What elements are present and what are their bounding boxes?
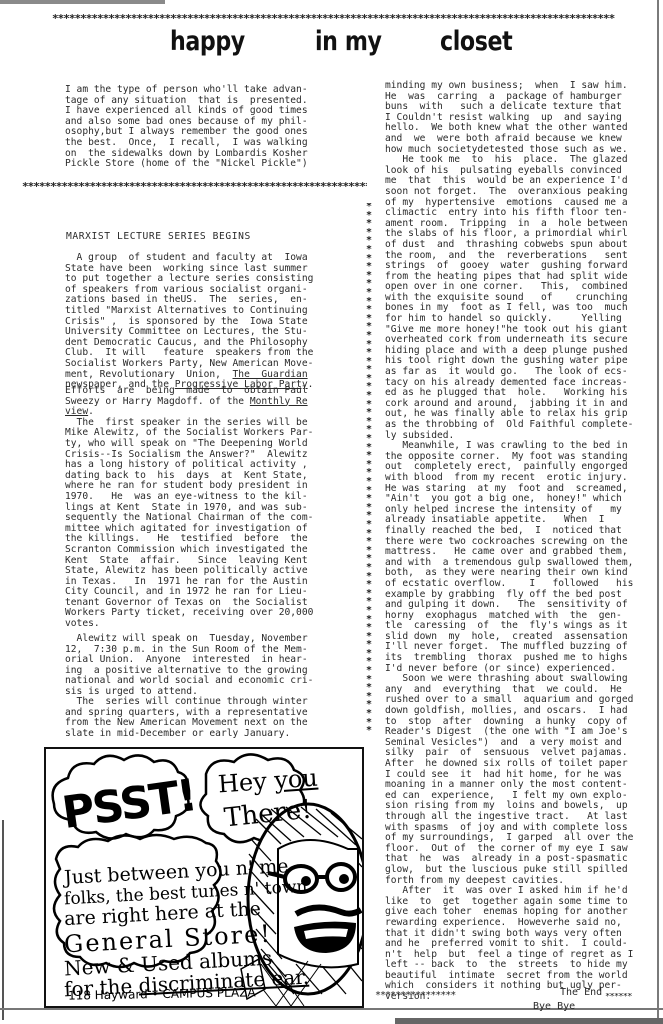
star-column-text: ****************************************…: [365, 203, 373, 736]
the-end-label: The End: [560, 987, 602, 998]
star-divider-top: ****************************************…: [52, 13, 642, 24]
guardian-title: The Guardian: [233, 369, 308, 380]
star-divider-vertical: ****************************************…: [364, 203, 374, 748]
article-paragraph-3: Alewitz will speak on Tuesday, November …: [65, 634, 313, 698]
story-continuation: minding my own business; when I saw him.…: [385, 81, 633, 1003]
article-paragraph-2-body: . The first speaker in the series will b…: [65, 406, 313, 629]
ad-hey-word: Hey: [217, 767, 275, 799]
ad-you-word: you: [273, 764, 318, 795]
star-divider-end-2: ******: [605, 993, 649, 1002]
general-store-advertisement: PSST! Hey you There! Just between you n'…: [44, 747, 364, 1008]
article-heading: MARXIST LECTURE SERIES BEGINS: [66, 231, 251, 242]
page-edge-left: [2, 820, 4, 1020]
scan-edge-artifact-bottom: [395, 1018, 663, 1024]
star-divider-end: ****************: [375, 991, 505, 1001]
title-word-2: in my: [315, 26, 382, 57]
star-divider-middle: ****************************************…: [22, 181, 367, 192]
article-paragraph-1: A group of student and faculty at Iowa S…: [65, 253, 313, 391]
article-paragraph-1-text: A group of student and faculty at Iowa S…: [65, 252, 313, 380]
page-edge-right: [657, 0, 659, 1024]
article-paragraph-4: The series will continue through winter …: [65, 697, 308, 739]
bye-bye-label: Bye Bye: [533, 1001, 575, 1012]
title-word-3: closet: [440, 26, 512, 57]
title-word-1: happy: [170, 26, 245, 57]
article-paragraph-2: Efforts are being made to obtain Paul Sw…: [65, 386, 313, 630]
story-intro-paragraph: I am the type of person who'll take adva…: [65, 85, 308, 170]
scan-edge-artifact: [0, 0, 165, 4]
